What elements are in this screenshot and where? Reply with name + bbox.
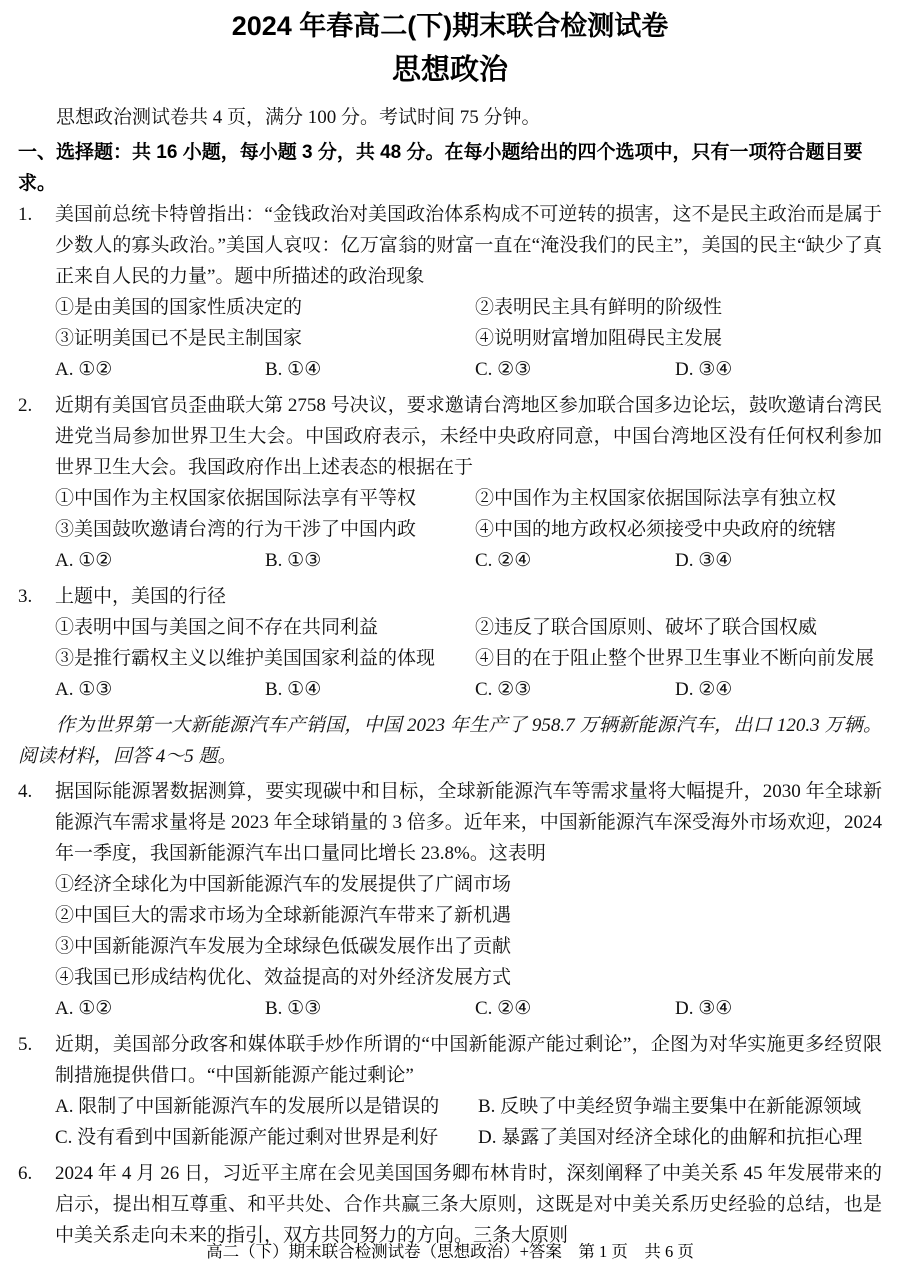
- choice-option: C. 没有看到中国新能源产能过剩对世界是利好: [55, 1122, 478, 1153]
- question-4-body: 据国际能源署数据测算，要实现碳中和目标，全球新能源汽车等需求量将大幅提升，203…: [55, 776, 882, 1024]
- question-3-number: 3.: [18, 581, 55, 612]
- option-item: ②违反了联合国原则、破坏了联合国权威: [475, 612, 882, 643]
- question-2-choices: A. ①② B. ①③ C. ②④ D. ③④: [55, 545, 882, 576]
- choice-option: B. ①④: [265, 354, 475, 385]
- option-item: ①是由美国的国家性质决定的: [55, 292, 475, 323]
- question-5-number: 5.: [18, 1029, 55, 1060]
- question-2-body: 近期有美国官员歪曲联大第 2758 号决议，要求邀请台湾地区参加联合国多边论坛，…: [55, 390, 882, 576]
- option-item: ④中国的地方政权必须接受中央政府的统辖: [475, 514, 882, 545]
- choice-option: D. ③④: [675, 354, 882, 385]
- choice-option: C. ②③: [475, 354, 675, 385]
- subject-title: 思想政治: [18, 46, 882, 94]
- option-item: ④说明财富增加阻碍民主发展: [475, 323, 882, 354]
- exam-page: 2024 年春高二(下)期末联合检测试卷 思想政治 思想政治测试卷共 4 页，满…: [0, 0, 900, 1272]
- option-item: ③美国鼓吹邀请台湾的行为干涉了中国内政: [55, 514, 475, 545]
- choice-option: B. ①④: [265, 674, 475, 705]
- question-5-stem: 近期，美国部分政客和媒体联手炒作所谓的“中国新能源产能过剩论”，企图为对华实施更…: [55, 1029, 882, 1091]
- choice-option: A. ①②: [55, 545, 265, 576]
- exam-info-line: 思想政治测试卷共 4 页，满分 100 分。考试时间 75 分钟。: [18, 102, 882, 133]
- reading-passage-4-5: 作为世界第一大新能源汽车产销国，中国 2023 年生产了 958.7 万辆新能源…: [18, 710, 882, 772]
- question-6-body: 2024 年 4 月 26 日，习近平主席在会见美国国务卿布林肯时，深刻阐释了中…: [55, 1158, 882, 1251]
- page-title: 2024 年春高二(下)期末联合检测试卷: [18, 6, 882, 46]
- choice-option: C. ②④: [475, 545, 675, 576]
- question-3-body: 上题中，美国的行径 ①表明中国与美国之间不存在共同利益 ②违反了联合国原则、破坏…: [55, 581, 882, 705]
- question-4-number: 4.: [18, 776, 55, 807]
- question-2-number: 2.: [18, 390, 55, 421]
- question-5-body: 近期，美国部分政客和媒体联手炒作所谓的“中国新能源产能过剩论”，企图为对华实施更…: [55, 1029, 882, 1153]
- question-2: 2. 近期有美国官员歪曲联大第 2758 号决议，要求邀请台湾地区参加联合国多边…: [18, 390, 882, 576]
- option-item: ③是推行霸权主义以维护美国国家利益的体现: [55, 643, 475, 674]
- choice-option: C. ②③: [475, 674, 675, 705]
- question-1-number: 1.: [18, 199, 55, 230]
- question-3-choices: A. ①③ B. ①④ C. ②③ D. ②④: [55, 674, 882, 705]
- option-item: ①中国作为主权国家依据国际法享有平等权: [55, 483, 475, 514]
- option-item: ②中国作为主权国家依据国际法享有独立权: [475, 483, 882, 514]
- choice-option: B. 反映了中美经贸争端主要集中在新能源领域: [478, 1091, 882, 1122]
- choice-option: D. ②④: [675, 674, 882, 705]
- option-item: ①经济全球化为中国新能源汽车的发展提供了广阔市场: [55, 869, 882, 900]
- question-4-stem: 据国际能源署数据测算，要实现碳中和目标，全球新能源汽车等需求量将大幅提升，203…: [55, 776, 882, 869]
- option-item: ④我国已形成结构优化、效益提高的对外经济发展方式: [55, 962, 882, 993]
- question-1-items: ①是由美国的国家性质决定的 ②表明民主具有鲜明的阶级性 ③证明美国已不是民主制国…: [55, 292, 882, 354]
- question-3-items: ①表明中国与美国之间不存在共同利益 ②违反了联合国原则、破坏了联合国权威 ③是推…: [55, 612, 882, 674]
- choice-option: A. ①②: [55, 354, 265, 385]
- choice-option: A. 限制了中国新能源汽车的发展所以是错误的: [55, 1091, 478, 1122]
- question-1-stem: 美国前总统卡特曾指出：“金钱政治对美国政治体系构成不可逆转的损害，这不是民主政治…: [55, 199, 882, 292]
- section-1-heading: 一、选择题：共 16 小题，每小题 3 分，共 48 分。在每小题给出的四个选项…: [18, 137, 882, 199]
- option-item: ①表明中国与美国之间不存在共同利益: [55, 612, 475, 643]
- choice-option: B. ①③: [265, 993, 475, 1024]
- question-1-choices: A. ①② B. ①④ C. ②③ D. ③④: [55, 354, 882, 385]
- option-item: ④目的在于阻止整个世界卫生事业不断向前发展: [475, 643, 882, 674]
- question-4-choices: A. ①② B. ①③ C. ②④ D. ③④: [55, 993, 882, 1024]
- choice-option: A. ①③: [55, 674, 265, 705]
- question-2-items: ①中国作为主权国家依据国际法享有平等权 ②中国作为主权国家依据国际法享有独立权 …: [55, 483, 882, 545]
- choice-option: D. ③④: [675, 993, 882, 1024]
- question-1: 1. 美国前总统卡特曾指出：“金钱政治对美国政治体系构成不可逆转的损害，这不是民…: [18, 199, 882, 385]
- question-6-number: 6.: [18, 1158, 55, 1189]
- page-footer: 高二（下）期末联合检测试卷（思想政治）+答案 第 1 页 共 6 页: [0, 1240, 900, 1264]
- choice-option: B. ①③: [265, 545, 475, 576]
- question-6-stem: 2024 年 4 月 26 日，习近平主席在会见美国国务卿布林肯时，深刻阐释了中…: [55, 1158, 882, 1251]
- choice-option: A. ①②: [55, 993, 265, 1024]
- question-6: 6. 2024 年 4 月 26 日，习近平主席在会见美国国务卿布林肯时，深刻阐…: [18, 1158, 882, 1251]
- choice-option: D. ③④: [675, 545, 882, 576]
- question-1-body: 美国前总统卡特曾指出：“金钱政治对美国政治体系构成不可逆转的损害，这不是民主政治…: [55, 199, 882, 385]
- question-5: 5. 近期，美国部分政客和媒体联手炒作所谓的“中国新能源产能过剩论”，企图为对华…: [18, 1029, 882, 1153]
- option-item: ②中国巨大的需求市场为全球新能源汽车带来了新机遇: [55, 900, 882, 931]
- choice-option: C. ②④: [475, 993, 675, 1024]
- question-2-stem: 近期有美国官员歪曲联大第 2758 号决议，要求邀请台湾地区参加联合国多边论坛，…: [55, 390, 882, 483]
- option-item: ②表明民主具有鲜明的阶级性: [475, 292, 882, 323]
- question-3: 3. 上题中，美国的行径 ①表明中国与美国之间不存在共同利益 ②违反了联合国原则…: [18, 581, 882, 705]
- question-4: 4. 据国际能源署数据测算，要实现碳中和目标，全球新能源汽车等需求量将大幅提升，…: [18, 776, 882, 1024]
- choice-option: D. 暴露了美国对经济全球化的曲解和抗拒心理: [478, 1122, 882, 1153]
- question-5-choices: A. 限制了中国新能源汽车的发展所以是错误的 B. 反映了中美经贸争端主要集中在…: [55, 1091, 882, 1153]
- option-item: ③证明美国已不是民主制国家: [55, 323, 475, 354]
- question-4-items: ①经济全球化为中国新能源汽车的发展提供了广阔市场 ②中国巨大的需求市场为全球新能…: [55, 869, 882, 993]
- question-3-stem: 上题中，美国的行径: [55, 581, 882, 612]
- option-item: ③中国新能源汽车发展为全球绿色低碳发展作出了贡献: [55, 931, 882, 962]
